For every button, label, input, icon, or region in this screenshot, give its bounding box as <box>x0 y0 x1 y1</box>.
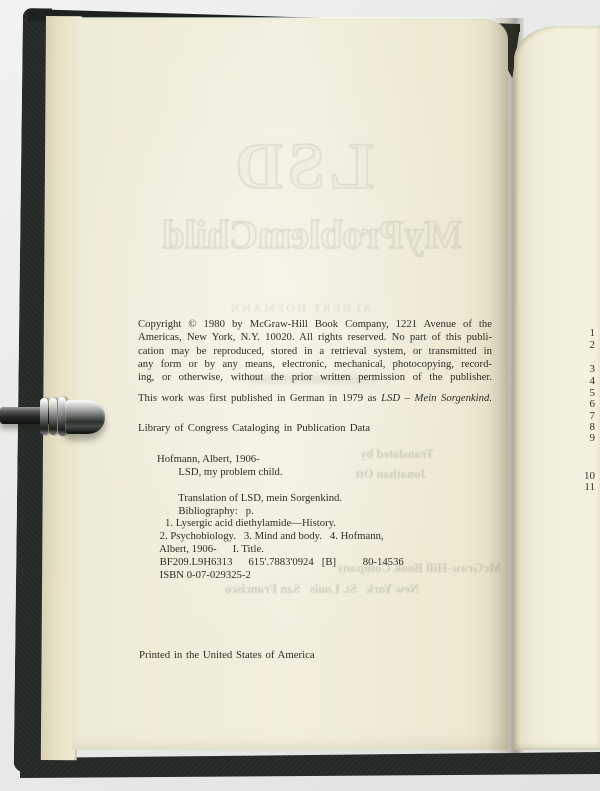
show-through-cities: New York St. Louis San Francisco <box>172 582 472 597</box>
toc-page-number: 6 <box>571 398 595 410</box>
copyright-line: Americas, New York, N.Y. 10020. All righ… <box>138 331 492 344</box>
metal-pen <box>0 392 112 442</box>
first-published-line: This work was first published in German … <box>138 392 492 405</box>
contents-page-sliver: 1 2 3 4 5 6 7 8 9 10 11 <box>514 26 600 750</box>
show-through-title: LSD <box>212 132 392 202</box>
copyright-line: cation may be reproduced, stored in a re… <box>138 345 492 358</box>
toc-page-number: 2 <box>571 339 595 351</box>
printed-in-line: Printed in the United States of America <box>139 649 315 661</box>
catalog-line: Translation of LSD, mein Sorgenkind. <box>157 492 404 505</box>
copyright-line: ing, or otherwise, without the prior wri… <box>138 371 492 384</box>
book-photo-scene: LSD MyProblemChild ALBERT HOFMANN Transl… <box>0 0 600 791</box>
copyright-line: any form or by any means, electronic, me… <box>138 358 492 371</box>
toc-page-number: 11 <box>571 481 595 493</box>
catalog-line: LSD, my problem child. <box>157 466 404 479</box>
catalog-line: Hofmann, Albert, 1906- <box>157 453 404 466</box>
show-through-author: ALBERT HOFMANN <box>190 301 410 316</box>
catalog-line: Bibliography: p. <box>157 505 404 518</box>
original-german-title: LSD – Mein Sorgenkind. <box>381 392 492 404</box>
pen-cap <box>65 400 105 434</box>
toc-page-number: 4 <box>571 375 595 387</box>
toc-page-number: 1 <box>571 327 595 339</box>
loc-catalog-block: Hofmann, Albert, 1906- LSD, my problem c… <box>157 453 404 582</box>
pen-ring <box>40 398 48 435</box>
first-published-prefix: This work was first published in German … <box>138 392 381 404</box>
catalog-line: 1. Lysergic acid diethylamide—History. <box>157 517 404 530</box>
toc-page-number: 9 <box>571 432 595 444</box>
copyright-line: Copyright © 1980 by McGraw-Hill Book Com… <box>138 318 492 331</box>
catalog-line <box>157 479 404 492</box>
catalog-line: Albert, 1906- I. Title. <box>157 543 404 556</box>
copyright-paragraph: Copyright © 1980 by McGraw-Hill Book Com… <box>138 318 492 384</box>
catalog-line: ISBN 0-07-029325-2 <box>157 569 404 582</box>
toc-page-number: 3 <box>571 363 595 375</box>
loc-cataloging-heading: Library of Congress Cataloging in Public… <box>138 422 498 434</box>
copyright-page: LSD MyProblemChild ALBERT HOFMANN Transl… <box>72 18 508 750</box>
catalog-line: 2. Psychobiology. 3. Mind and body. 4. H… <box>157 530 404 543</box>
show-through-subtitle: MyProblemChild <box>120 212 504 258</box>
pen-ring <box>49 398 57 435</box>
catalog-line: BF209.L9H6313 615'.7883'0924 [B] 80-1453… <box>157 556 404 569</box>
